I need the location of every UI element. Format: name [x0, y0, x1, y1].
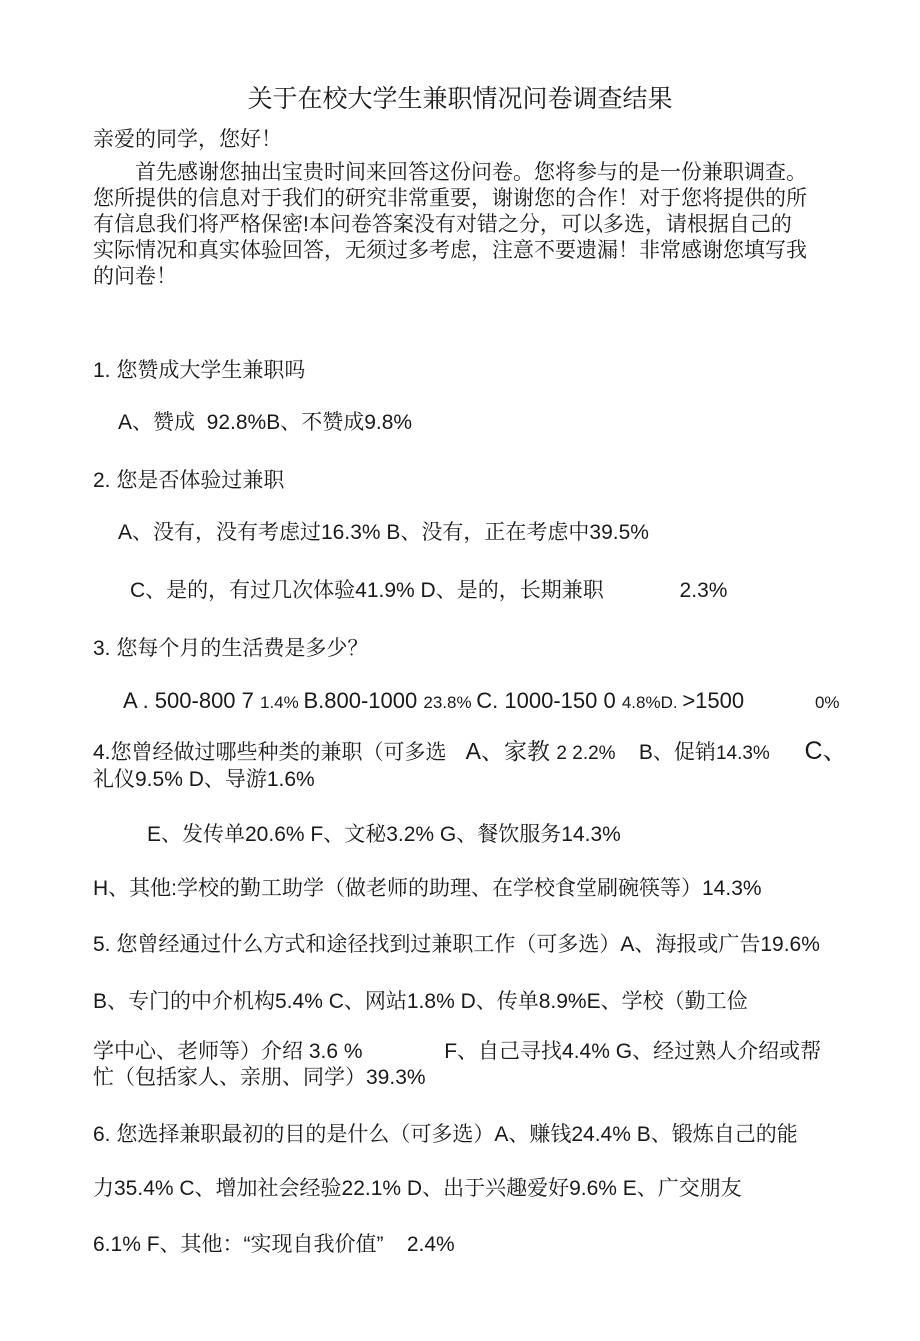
q5-line-3: 学中心、老师等）介绍 3.6 % F、自己寻找4.4% G、经过熟人介绍或帮 — [93, 1039, 920, 1065]
q4-question-line: 4.您曾经做过哪些种类的兼职（可多选 A、家教 2 2.2% B、促销14.3%… — [93, 738, 920, 767]
q2-options-cd: C、是的，有过几次体验41.9% D、是的，长期兼职 2.3% — [130, 578, 920, 604]
q4-option-b-label: B、促销 — [616, 741, 716, 764]
q4-question-text: 4.您曾经做过哪些种类的兼职（可多选 — [93, 741, 447, 764]
q3-option-d-percent: 0% — [744, 693, 839, 712]
q1-question: 1. 您赞成大学生兼职吗 — [93, 358, 920, 384]
q3-option-d-range: >1500 — [682, 688, 744, 713]
q6-line-1: 6. 您选择兼职最初的目的是什么（可多选）A、赚钱24.4% B、锻炼自己的能 — [93, 1122, 920, 1148]
q4-option-b-percent: 14.3% — [716, 743, 770, 764]
q4-option-h: H、其他:学校的勤工助学（做老师的助理、在学校食堂刷碗筷等）14.3% — [93, 876, 920, 902]
q5-line-4: 忙（包括家人、亲朋、同学）39.3% — [93, 1065, 920, 1091]
intro-line-5: 的问卷！ — [93, 264, 920, 290]
intro-line-3: 有信息我们将严格保密!本问卷答案没有对错之分，可以多选，请根据自己的 — [93, 212, 920, 238]
q4-option-c-label: C、 — [770, 737, 848, 765]
q3-option-a-range: A . 500-800 7 — [123, 688, 260, 713]
q6-line-3: 6.1% F、其他：“实现自我价值” 2.4% — [93, 1232, 920, 1258]
q4-options-cd-wrap: 礼仪9.5% D、导游1.6% — [93, 767, 920, 793]
q1-options: A、赞成 92.8%B、不赞成9.8% — [118, 410, 920, 436]
q3-option-b-range: B.800-1000 — [303, 688, 423, 713]
q4-option-a-percent: 2 2.2% — [556, 743, 615, 764]
document-page: 关于在校大学生兼职情况问卷调查结果 亲爱的同学，您好！ 首先感谢您抽出宝贵时间来… — [0, 0, 920, 1341]
q3-option-a-percent: 1.4% — [260, 693, 303, 712]
q3-option-c-range: C. 1000-150 0 — [476, 688, 622, 713]
q2-question: 2. 您是否体验过兼职 — [93, 468, 920, 494]
q3-question: 3. 您每个月的生活费是多少？ — [93, 636, 920, 662]
q6-line-2: 力35.4% C、增加社会经验22.1% D、出于兴趣爱好9.6% E、广交朋友 — [93, 1176, 920, 1202]
intro-line-2: 您所提供的信息对于我们的研究非常重要，谢谢您的合作！对于您将提供的所 — [93, 186, 920, 212]
q5-line-2: B、专门的中介机构5.4% C、网站1.8% D、传单8.9%E、学校（勤工俭 — [93, 989, 920, 1015]
q3-option-c-percent: 4.8%D. — [622, 693, 682, 712]
q5-line-1: 5. 您曾经通过什么方式和途径找到过兼职工作（可多选）A、海报或广告19.6% — [93, 932, 920, 958]
q3-options: A . 500-800 7 1.4% B.800-1000 23.8% C. 1… — [123, 688, 920, 716]
q4-option-a-label: A、家教 — [447, 738, 557, 764]
q3-option-b-percent: 23.8% — [423, 693, 476, 712]
q2-options-ab: A、没有，没有考虑过16.3% B、没有，正在考虑中39.5% — [118, 520, 920, 546]
intro-line-4: 实际情况和真实体验回答，无须过多考虑，注意不要遗漏！非常感谢您填写我 — [93, 238, 920, 264]
q4-options-efg: E、发传单20.6% F、文秘3.2% G、餐饮服务14.3% — [147, 822, 920, 848]
greeting-line: 亲爱的同学，您好！ — [93, 127, 920, 153]
document-title: 关于在校大学生兼职情况问卷调查结果 — [0, 84, 920, 114]
intro-line-1: 首先感谢您抽出宝贵时间来回答这份问卷。您将参与的是一份兼职调查。 — [93, 160, 920, 186]
